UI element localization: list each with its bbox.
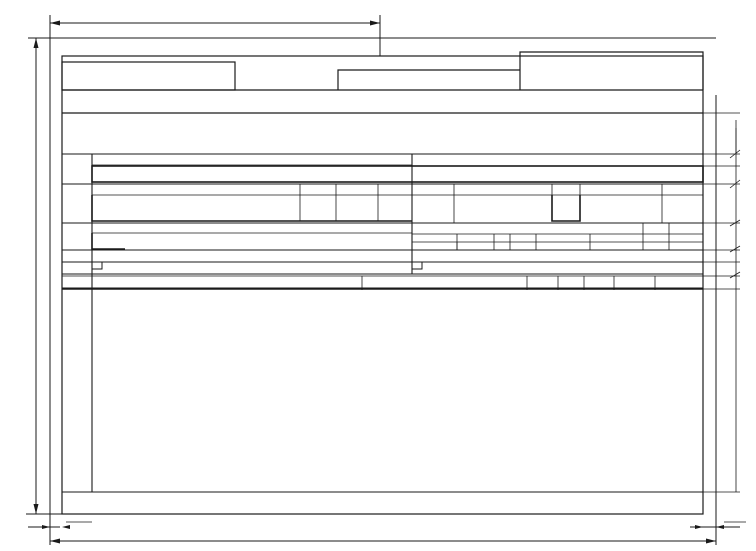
technological-form-drawing — [0, 0, 756, 551]
